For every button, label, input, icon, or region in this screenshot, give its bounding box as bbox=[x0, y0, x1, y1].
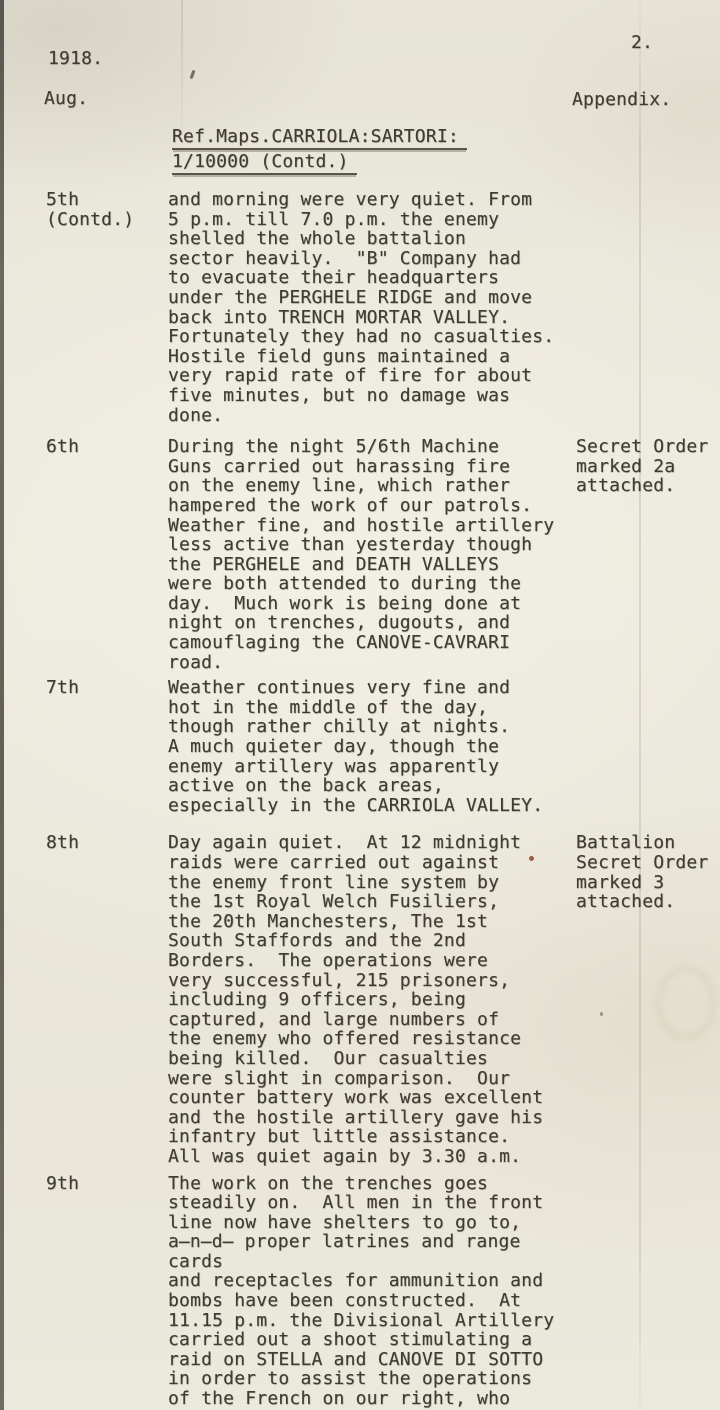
entry-body: The work on the trenches goes steadily o… bbox=[168, 1174, 576, 1409]
diary-entries: 5th (Contd.) and morning were very quiet… bbox=[0, 190, 720, 1409]
entry-body: Day again quiet. At 12 midnight raids we… bbox=[168, 833, 576, 1166]
diary-entry-7th: 7th Weather continues very fine and hot … bbox=[0, 678, 720, 815]
entry-body: and morning were very quiet. From 5 p.m.… bbox=[168, 190, 576, 425]
entry-date: 5th (Contd.) bbox=[0, 190, 168, 229]
entry-body: Weather continues very fine and hot in t… bbox=[168, 678, 576, 815]
entry-date: 6th bbox=[0, 437, 168, 457]
entry-margin-note: Secret Order marked 2a attached. bbox=[576, 437, 720, 496]
diary-entry-9th: 9th The work on the trenches goes steadi… bbox=[0, 1174, 720, 1409]
entry-margin-note: Battalion Secret Order marked 3 attached… bbox=[576, 833, 720, 911]
map-reference-line2: 1/10000 (Contd.) bbox=[172, 152, 357, 175]
appendix-label: Appendix. bbox=[572, 90, 671, 110]
page-number: 2. bbox=[631, 33, 653, 53]
map-reference-line1: Ref.Maps.CARRIOLA:SARTORI: bbox=[172, 127, 467, 150]
month-label: Aug. bbox=[44, 89, 88, 109]
diary-entry-5th: 5th (Contd.) and morning were very quiet… bbox=[0, 190, 720, 425]
entry-date: 8th bbox=[0, 833, 168, 853]
entry-date: 9th bbox=[0, 1174, 168, 1194]
diary-entry-8th: 8th Day again quiet. At 12 midnight raid… bbox=[0, 833, 720, 1166]
diary-entry-6th: 6th During the night 5/6th Machine Guns … bbox=[0, 437, 720, 672]
stray-ink-mark bbox=[190, 70, 196, 79]
year-label: 1918. bbox=[48, 49, 103, 69]
entry-body: During the night 5/6th Machine Guns carr… bbox=[168, 437, 576, 672]
war-diary-page: 2. 1918. Aug. Appendix. Ref.Maps.CARRIOL… bbox=[0, 0, 720, 1410]
map-reference-heading: Ref.Maps.CARRIOLA:SARTORI: 1/10000 (Cont… bbox=[172, 127, 467, 177]
entry-date: 7th bbox=[0, 678, 168, 698]
